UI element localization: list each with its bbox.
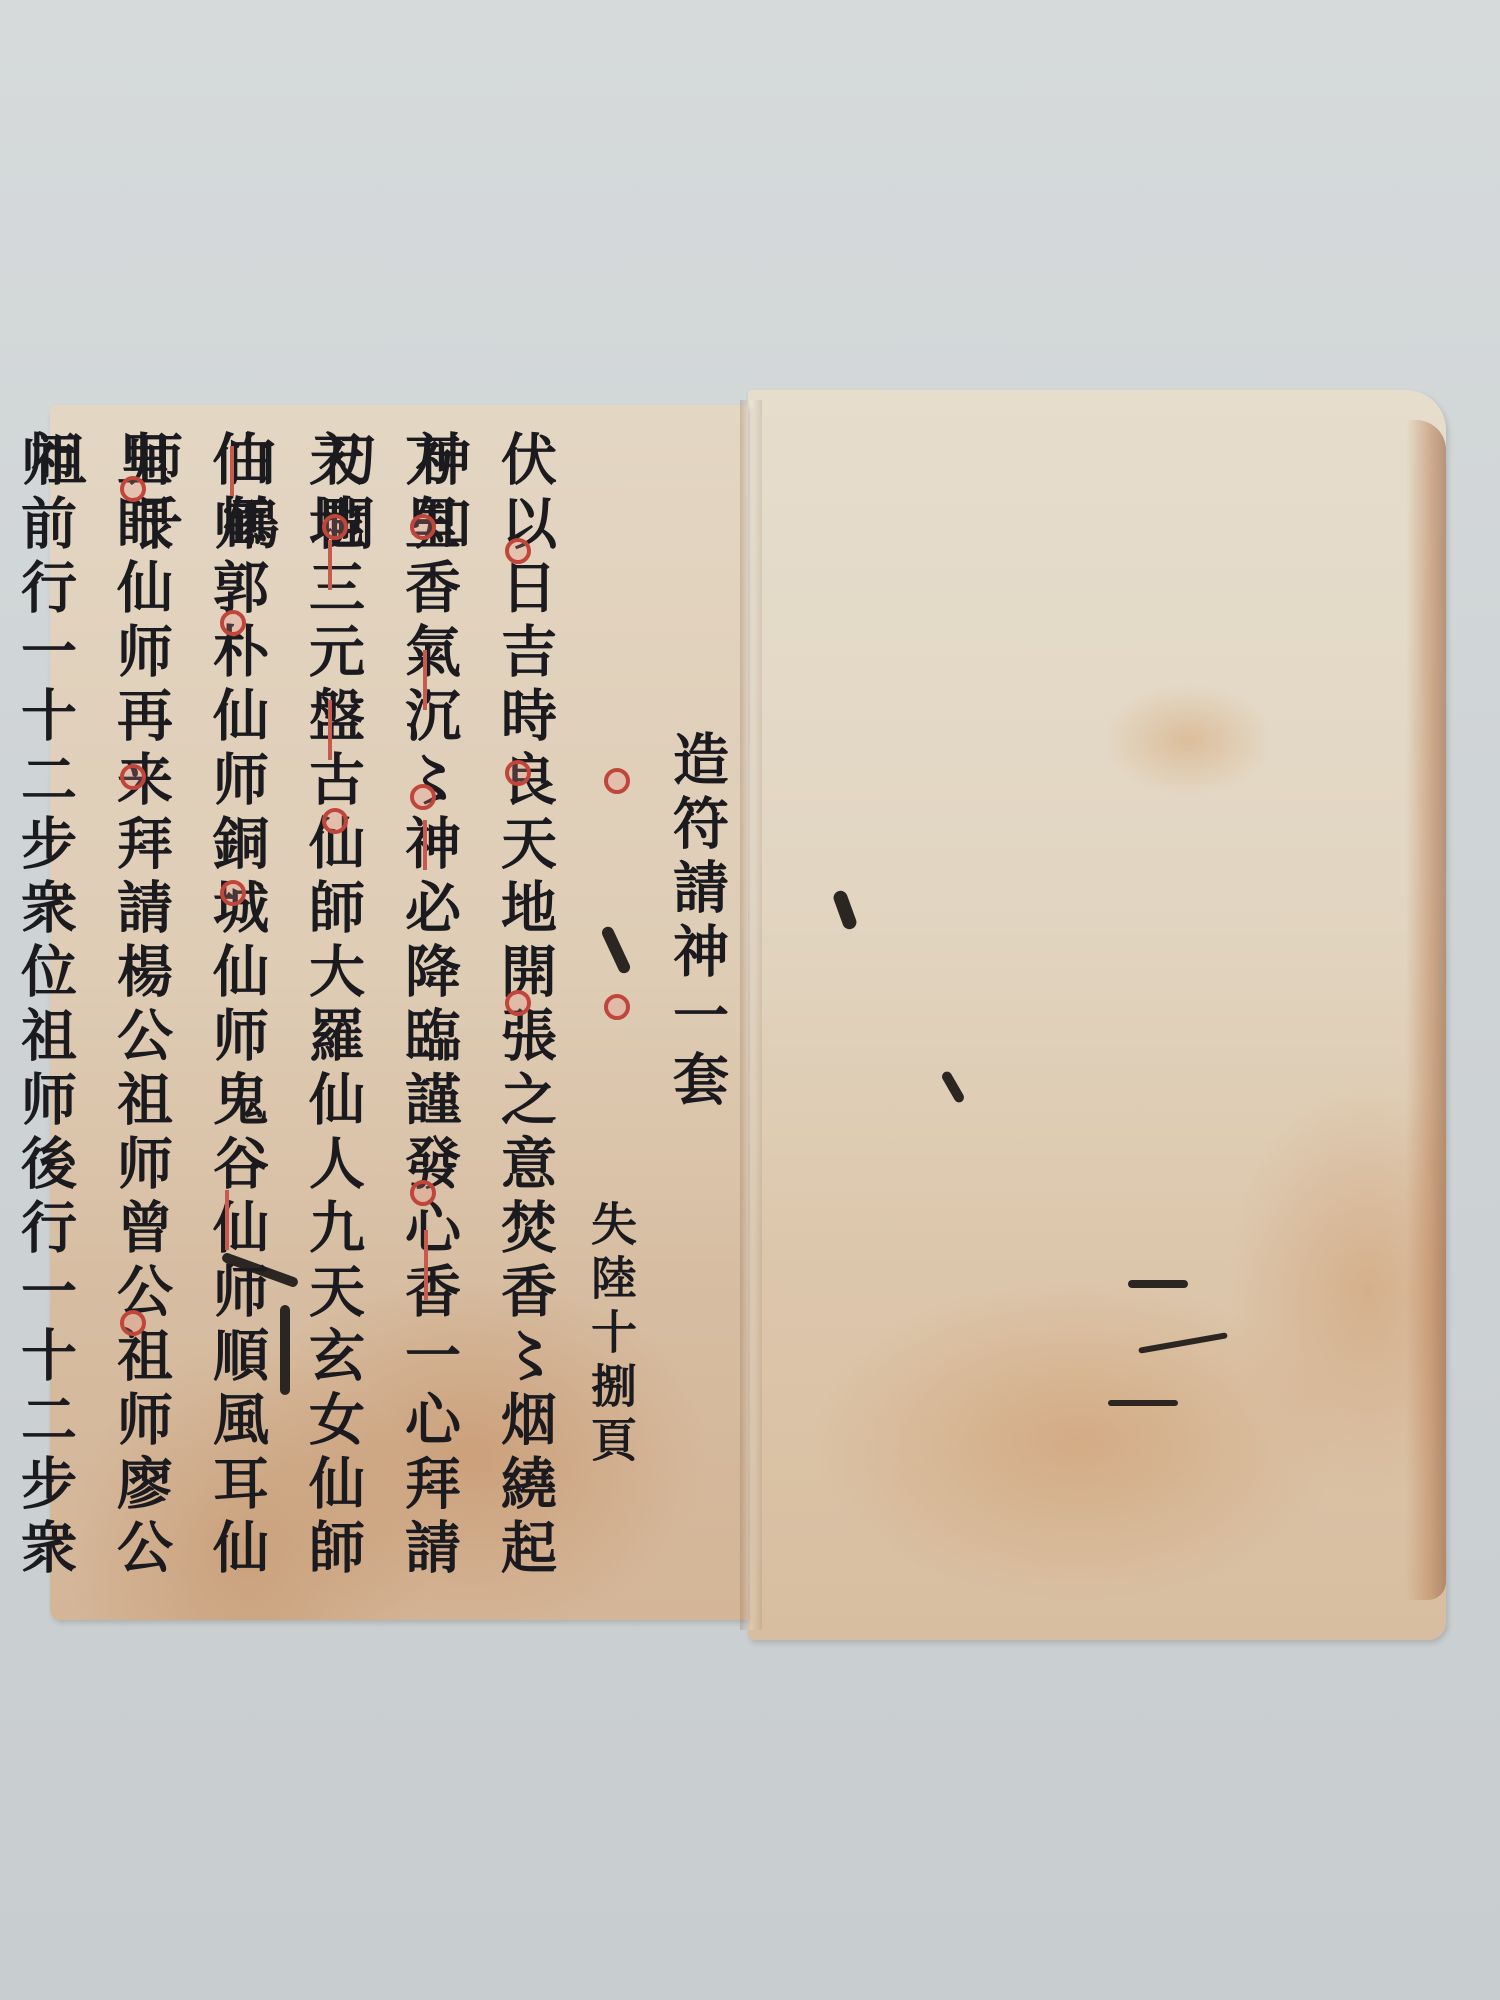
title-column: 造符請神一套 [654,430,740,1610]
red-circle-mark [505,538,531,564]
wormhole-damage [1108,1400,1178,1406]
text-column-3: 天地三元盤古仙師大羅仙人九天玄女仙師白鶴 [280,430,376,1610]
red-emphasis-line [424,1230,428,1300]
text-column-1: 伏以日吉時良天地開張之意焚香〻烟繞起神知 [472,430,568,1610]
red-circle-mark [505,990,531,1016]
red-circle-mark [120,764,146,790]
wormhole-damage [832,889,859,931]
text-column-5: 里眼仙师再来拜請楊公祖师曾公祖师廖公祖 [88,430,184,1610]
red-circle-mark [220,880,246,906]
red-emphasis-line [328,540,332,590]
red-emphasis-line [423,820,427,870]
manuscript-photo: 造符請神一套 失陸十捌頁 伏以日吉時良天地開張之意焚香〻烟繞起神知 万里香氣沉〻… [0,0,1500,2000]
wormhole-damage [1128,1280,1188,1288]
red-circle-mark [410,514,436,540]
text-column-2: 万里香氣沉〻神必降臨謹發心香一心拜請初開 [376,430,472,1610]
book-gutter [740,400,762,1630]
red-circle-mark [120,476,146,502]
red-circle-mark [604,768,630,794]
red-circle-mark [322,514,348,540]
red-circle-mark [220,610,246,636]
text-column-4: 仙师郭朴仙师銅城仙师鬼谷仙师順風耳仙师千 [184,430,280,1610]
red-emphasis-line [423,650,427,710]
red-emphasis-line [230,446,234,496]
text-column-6: 师前行一十二步衆位祖师後行一十二步衆位祖本 [0,430,88,1610]
red-circle-mark [120,1310,146,1336]
red-emphasis-line [225,1190,229,1250]
red-circle-mark [604,994,630,1020]
red-emphasis-line [328,700,332,760]
vertical-text-columns: 造符請神一套 失陸十捌頁 伏以日吉時良天地開張之意焚香〻烟繞起神知 万里香氣沉〻… [50,430,740,1610]
wormhole-damage [1138,1332,1228,1354]
right-page-blank [748,390,1446,1640]
red-circle-mark [505,760,531,786]
red-circle-mark [410,784,436,810]
red-circle-mark [410,1180,436,1206]
red-circle-mark [322,808,348,834]
wormhole-damage [940,1070,966,1104]
note-column: 失陸十捌頁 [568,430,654,1610]
